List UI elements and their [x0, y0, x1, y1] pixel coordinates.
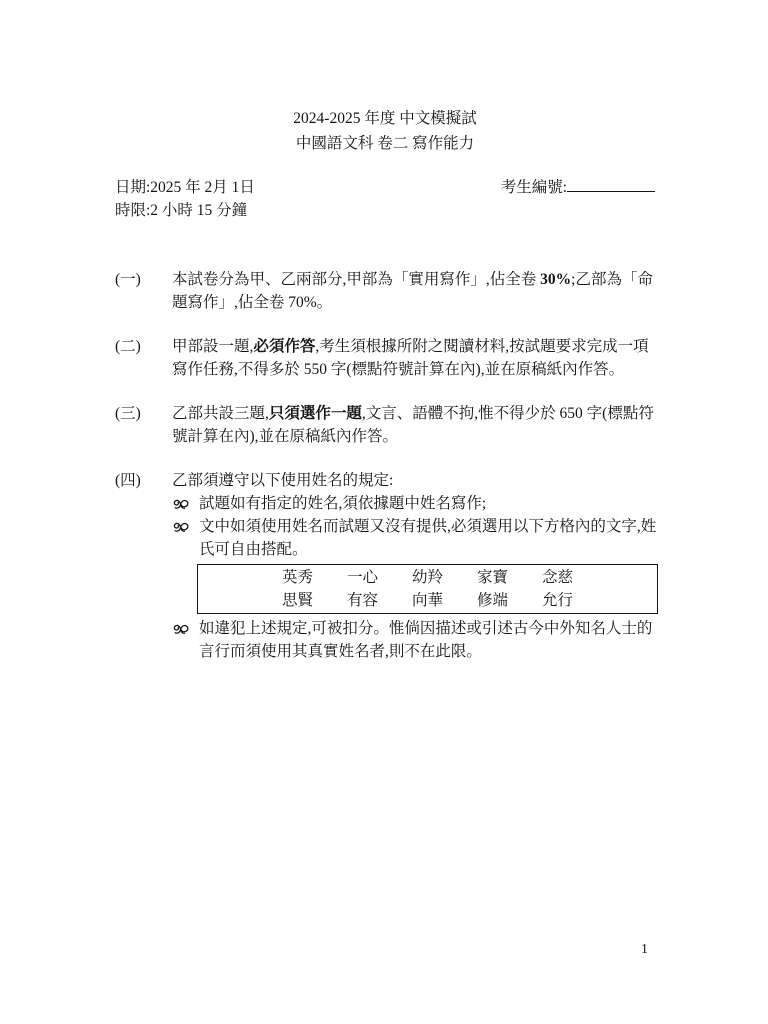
- instruction-item-3: (三) 乙部共設三題,只須選作一題,文言、語體不拘,惟不得少於 650 字(標點…: [115, 402, 655, 448]
- name-table-row: 英秀 一心 幼羚 家寶 念慈: [198, 566, 657, 589]
- item-number: (一): [115, 268, 172, 314]
- name-cell: 英秀: [282, 566, 313, 589]
- item-text-bold-segment: 只須選作一題: [269, 405, 362, 422]
- instruction-item-4: (四) 乙部須遵守以下使用姓名的規定: 試題如有指定的姓名,須依據題中姓名寫作;: [115, 469, 655, 663]
- item-text: 乙部共設三題,只須選作一題,文言、語體不拘,惟不得少於 650 字(標點符號計算…: [172, 402, 655, 448]
- item-number: (四): [115, 469, 172, 663]
- page-number: 1: [641, 942, 648, 958]
- candidate-number-field: 考生編號:: [501, 176, 655, 199]
- bullet-text: 試題如有指定的姓名,須依據題中姓名寫作;: [199, 492, 658, 515]
- item-number: (三): [115, 402, 172, 448]
- name-cell: 向華: [412, 589, 443, 612]
- item-text-bold-segment: 30%: [540, 271, 571, 288]
- instruction-list: (一) 本試卷分為甲、乙兩部分,甲部為「實用寫作」,佔全卷 30%;乙部為「命題…: [115, 268, 655, 663]
- item-text-segment: 本試卷分為甲、乙兩部分,甲部為「實用寫作」,佔全卷: [172, 271, 540, 288]
- instruction-item-1: (一) 本試卷分為甲、乙兩部分,甲部為「實用寫作」,佔全卷 30%;乙部為「命題…: [115, 268, 655, 314]
- exam-info-left: 日期:2025 年 2月 1日 時限:2 小時 15 分鐘: [115, 176, 255, 222]
- bullet-text: 文中如須使用姓名而試題又沒有提供,必須選用以下方格內的文字,姓氏可自由搭配。: [199, 515, 658, 561]
- document-page: 2024-2025 年度 中文模擬試 中國語文科 卷二 寫作能力 日期:2025…: [0, 0, 768, 1024]
- name-table-row: 思賢 有容 向華 修端 允行: [198, 589, 657, 612]
- item-number: (二): [115, 335, 172, 381]
- document-header: 2024-2025 年度 中文模擬試 中國語文科 卷二 寫作能力: [115, 106, 655, 156]
- name-rule-bullet-1: 試題如有指定的姓名,須依據題中姓名寫作;: [172, 492, 658, 515]
- name-table: 英秀 一心 幼羚 家寶 念慈 思賢 有容 向華 修端 允行: [197, 564, 658, 614]
- bullet-text: 如違犯上述規定,可被扣分。惟倘因描述或引述古今中外知名人士的言行而須使用其真實姓…: [199, 617, 658, 663]
- item-text: 乙部須遵守以下使用姓名的規定: 試題如有指定的姓名,須依據題中姓名寫作;: [172, 469, 658, 663]
- time-limit-label: 時限:2 小時 15 分鐘: [115, 199, 255, 222]
- item-text-segment: 甲部設一題,: [172, 338, 253, 355]
- item-text: 本試卷分為甲、乙兩部分,甲部為「實用寫作」,佔全卷 30%;乙部為「命題寫作」,…: [172, 268, 655, 314]
- candidate-number-label: 考生編號:: [501, 179, 567, 196]
- document-title-line1: 2024-2025 年度 中文模擬試: [115, 106, 655, 131]
- name-rule-bullet-2: 文中如須使用姓名而試題又沒有提供,必須選用以下方格內的文字,姓氏可自由搭配。: [172, 515, 658, 561]
- candidate-number-blank: [567, 177, 655, 192]
- item4-heading: 乙部須遵守以下使用姓名的規定:: [172, 469, 658, 492]
- instruction-item-2: (二) 甲部設一題,必須作答,考生須根據所附之閱讀材料,按試題要求完成一項寫作任…: [115, 335, 655, 381]
- name-cell: 家寶: [477, 566, 508, 589]
- date-label: 日期:2025 年 2月 1日: [115, 176, 255, 199]
- name-cell: 允行: [542, 589, 573, 612]
- name-cell: 一心: [347, 566, 378, 589]
- name-cell: 念慈: [542, 566, 573, 589]
- name-cell: 修端: [477, 589, 508, 612]
- item-text: 甲部設一題,必須作答,考生須根據所附之閱讀材料,按試題要求完成一項寫作任務,不得…: [172, 335, 655, 381]
- name-rule-bullet-3: 如違犯上述規定,可被扣分。惟倘因描述或引述古今中外知名人士的言行而須使用其真實姓…: [172, 617, 658, 663]
- name-cell: 有容: [347, 589, 378, 612]
- exam-info-row: 日期:2025 年 2月 1日 時限:2 小時 15 分鐘 考生編號:: [115, 176, 655, 222]
- document-title-line2: 中國語文科 卷二 寫作能力: [115, 131, 655, 156]
- name-cell: 思賢: [282, 589, 313, 612]
- item-text-segment: 乙部共設三題,: [172, 405, 269, 422]
- name-cell: 幼羚: [412, 566, 443, 589]
- item-text-bold-segment: 必須作答: [253, 338, 315, 355]
